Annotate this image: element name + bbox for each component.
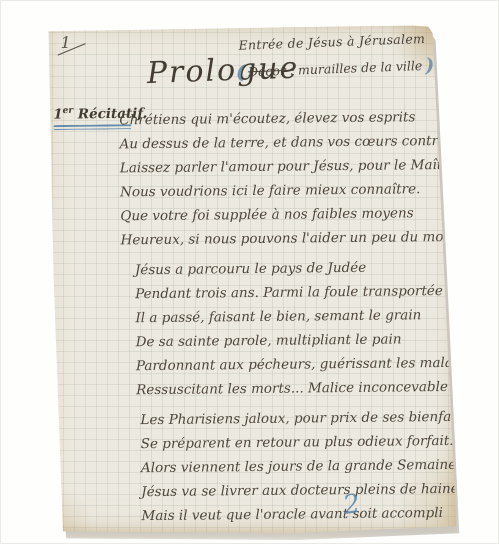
verse-line: Que votre foi supplée à nos faibles moye… <box>120 201 456 229</box>
manuscript-page: 1 Prologue Entrée de Jésus à Jérusalem (… <box>41 21 463 535</box>
verse-line: Il a passé, faisant le bien, semant le g… <box>135 303 457 330</box>
stanza-1: Chrétiens qui m'écoutez, élevez vos espr… <box>119 105 456 253</box>
verse-line: Se préparent en retour au plus odieux fo… <box>141 429 459 456</box>
verse-line: Ressuscitant les morts... Malice inconce… <box>136 375 458 402</box>
manuscript-content: 1 Prologue Entrée de Jésus à Jérusalem (… <box>38 19 465 537</box>
verse-line: Heureux, si nous pouvons l'aider un peu … <box>120 225 456 253</box>
verse-line: Les Pharisiens jaloux, pour prix de ses … <box>140 405 458 432</box>
scene-header-decor: (Décor :murailles de la ville) <box>232 52 437 81</box>
stanza-2: Jésus a parcouru le pays de Judée Pendan… <box>121 255 458 403</box>
verse-line: Laissez parler l'amour pour Jésus, pour … <box>120 153 456 181</box>
verse-body: Chrétiens qui m'écoutez, élevez vos espr… <box>119 105 459 528</box>
blue-open-paren: ( <box>233 61 249 84</box>
verse-line: Nous voudrions ici le faire mieux connaî… <box>120 177 456 205</box>
verse-line: Jésus a parcouru le pays de Judée <box>135 255 457 282</box>
verse-line: Mais il veut que l'oracle avant soit acc… <box>141 501 459 528</box>
stanza-3: Les Pharisiens jaloux, pour prix de ses … <box>122 405 459 529</box>
verse-line: Pardonnant aux pécheurs, guérissant les … <box>136 351 458 378</box>
recitatif-ordinal: er <box>63 106 74 116</box>
verse-line: Chrétiens qui m'écoutez, élevez vos espr… <box>119 105 455 133</box>
verse-line: Pendant trois ans. Parmi la foule transp… <box>135 279 457 306</box>
verse-line: De sa sainte parole, multipliant le pain <box>136 327 458 354</box>
photo-canvas: 1 Prologue Entrée de Jésus à Jérusalem (… <box>0 0 499 544</box>
decor-label: Décor : <box>248 63 295 80</box>
scene-header-title: Entrée de Jésus à Jérusalem <box>238 30 437 52</box>
verse-line: Jésus va se livrer aux docteurs pleins d… <box>141 477 459 504</box>
verse-line: Alors viennent les jours de la grande Se… <box>141 453 459 480</box>
scene-header: Entrée de Jésus à Jérusalem (Décor :mura… <box>238 33 437 79</box>
verse-line: Au dessus de la terre, et dans vos cœurs… <box>119 129 455 157</box>
decor-value: murailles de la ville <box>294 58 423 78</box>
page-number: 1 <box>60 33 70 52</box>
